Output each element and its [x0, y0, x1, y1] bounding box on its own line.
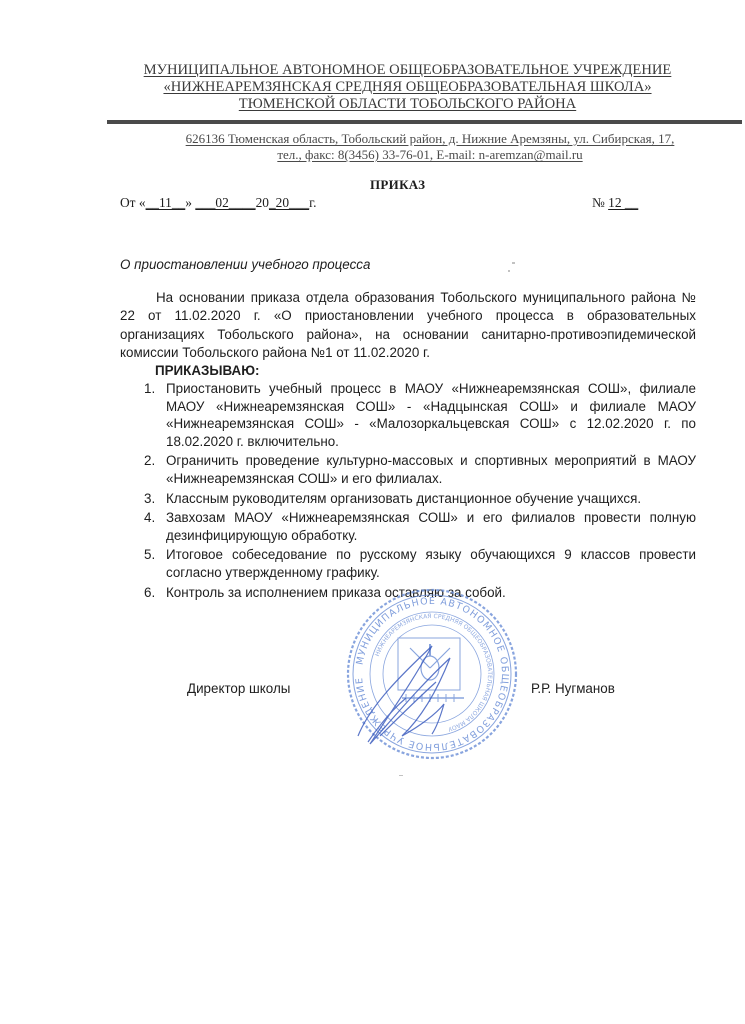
- contact-line: тел., факс: 8(3456) 33-76-01, E-mail: n-…: [100, 147, 745, 163]
- order-item: 2.Ограничить проведение культурно-массов…: [144, 452, 696, 487]
- order-year: _20___: [269, 195, 309, 210]
- seal-icon: МУНИЦИПАЛЬНОЕ АВТОНОМНОЕ ОБЩЕОБРАЗОВАТЕЛ…: [340, 586, 524, 762]
- order-item: 4.Завхозам МАОУ «Нижнеаремзянская СОШ» и…: [144, 509, 696, 544]
- order-item: 3.Классным руководителям организовать ди…: [144, 490, 696, 508]
- order-number: № 12 __: [592, 195, 638, 211]
- order-number-value: 12 __: [608, 195, 638, 210]
- letterhead-line-1: МУНИЦИПАЛЬНОЕ АВТОНОМНОЕ ОБЩЕОБРАЗОВАТЕЛ…: [100, 62, 715, 79]
- signatory-position: Директор школы: [187, 681, 290, 696]
- order-item: 5.Итоговое собеседование по русскому язы…: [144, 546, 696, 581]
- official-seal-stamp: МУНИЦИПАЛЬНОЕ АВТОНОМНОЕ ОБЩЕОБРАЗОВАТЕЛ…: [340, 586, 524, 762]
- letterhead-line-3: ТЮМЕНСКОЙ ОБЛАСТИ ТОБОЛЬСКОГО РАЙОНА: [100, 96, 715, 113]
- orders-heading: ПРИКАЗЫВАЮ:: [155, 363, 259, 378]
- document-title: ПРИКАЗ: [370, 177, 425, 193]
- scan-speck: [512, 262, 515, 264]
- order-day: __11__: [146, 195, 186, 210]
- document-subject: О приостановлении учебного процесса: [120, 257, 370, 272]
- order-date: От «__11__» ___02____20_20___г.: [120, 195, 316, 211]
- order-month: ___02____: [195, 195, 255, 210]
- preamble-paragraph: На основании приказа отдела образования …: [120, 289, 696, 362]
- signatory-name: Р.Р. Нугманов: [531, 681, 615, 696]
- scan-speck: [399, 775, 403, 776]
- address-block: 626136 Тюменская область, Тобольский рай…: [100, 131, 745, 163]
- order-item: 1.Приостановить учебный процесс в МАОУ «…: [144, 380, 696, 450]
- letterhead: МУНИЦИПАЛЬНОЕ АВТОНОМНОЕ ОБЩЕОБРАЗОВАТЕЛ…: [100, 62, 715, 113]
- address-line: 626136 Тюменская область, Тобольский рай…: [100, 131, 745, 147]
- scan-speck: [508, 270, 510, 272]
- letterhead-line-2: «НИЖНЕАРЕМЗЯНСКАЯ СРЕДНЯЯ ОБЩЕОБРАЗОВАТЕ…: [100, 79, 715, 96]
- order-items-list: 1.Приостановить учебный процесс в МАОУ «…: [144, 380, 696, 603]
- letterhead-divider: [107, 120, 742, 124]
